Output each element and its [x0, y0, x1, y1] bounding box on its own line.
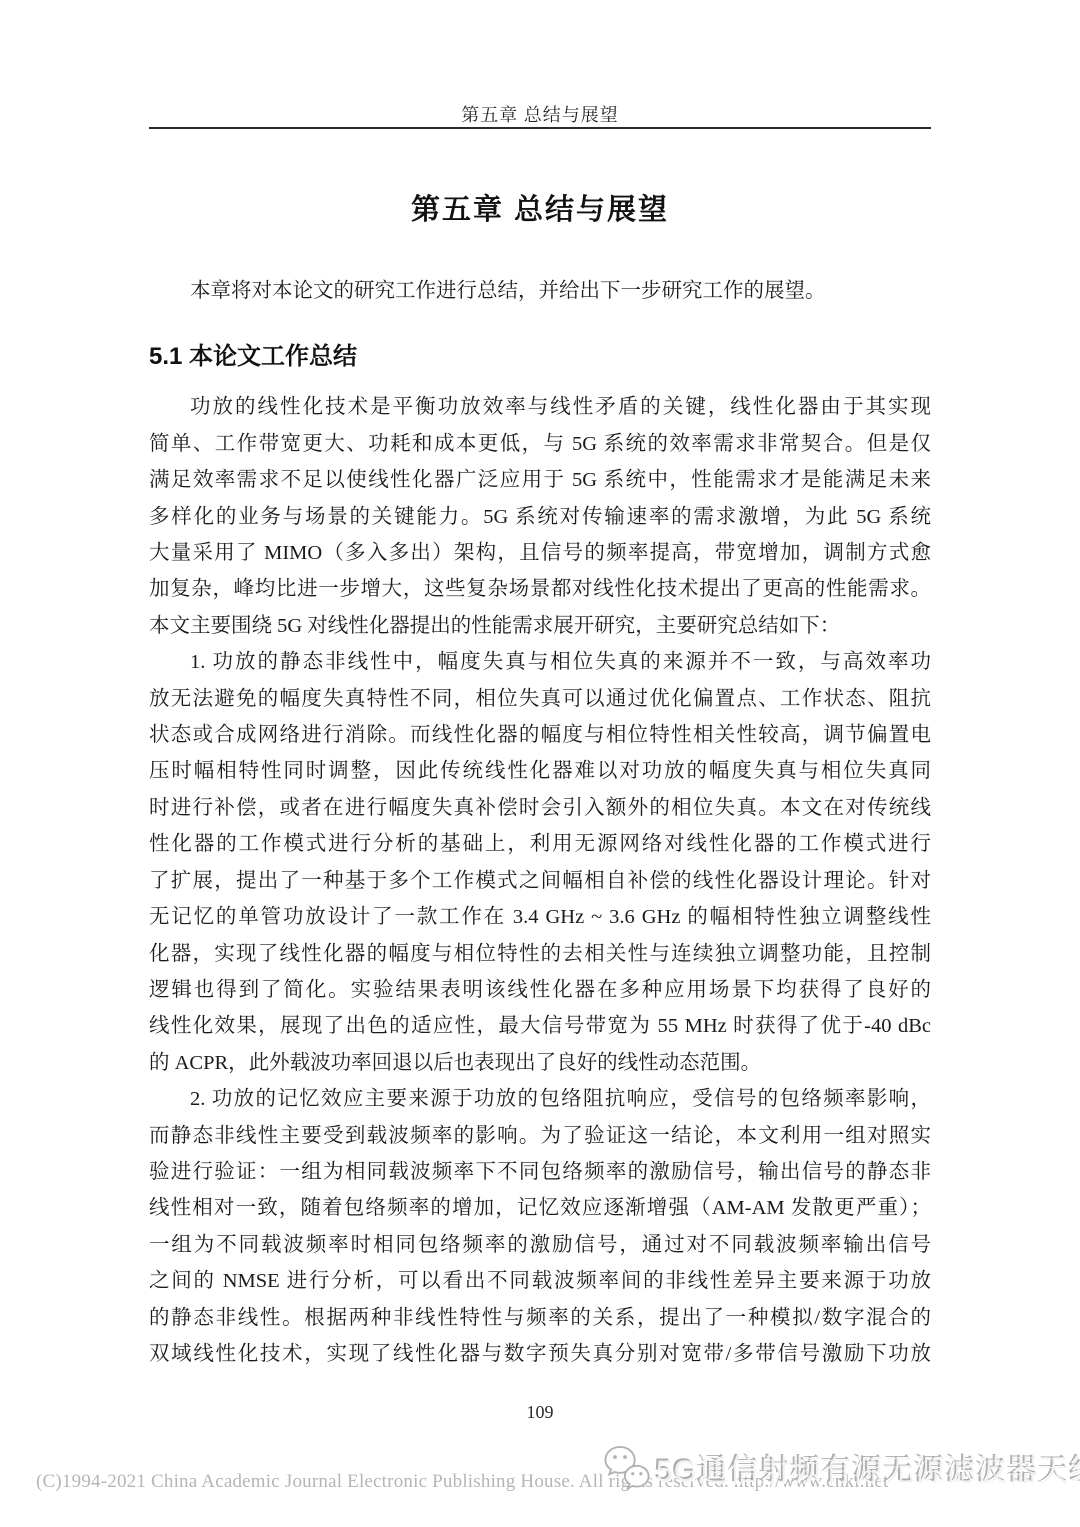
page-number: 109 — [0, 1402, 1080, 1423]
text-line: 线性相对一致，随着包络频率的增加，记忆效应逐渐增强（AM-AM 发散更严重）； — [149, 1190, 931, 1226]
chapter-title: 第五章 总结与展望 — [149, 190, 931, 230]
text-line: 状态或合成网络进行消除。而线性化器的幅度与相位特性相关性较高，调节偏置电 — [149, 717, 931, 753]
text-line: 大量采用了 MIMO（多入多出）架构，且信号的频率提高，带宽增加，调制方式愈 — [149, 535, 931, 571]
intro-paragraph: 本章将对本论文的研究工作进行总结，并给出下一步研究工作的展望。 — [149, 273, 931, 309]
text-line: 逻辑也得到了简化。实验结果表明该线性化器在多种应用场景下均获得了良好的 — [149, 972, 931, 1008]
text-line: 验进行验证：一组为相同载波频率下不同包络频率的激励信号，输出信号的静态非 — [149, 1154, 931, 1190]
body-flow: 本章将对本论文的研究工作进行总结，并给出下一步研究工作的展望。5.1 本论文工作… — [149, 273, 931, 1372]
text-line: 本文主要围绕 5G 对线性化器提出的性能需求展开研究，主要研究总结如下： — [149, 608, 931, 644]
conclusion-item-1-paragraph: 1. 功放的静态非线性中，幅度失真与相位失真的来源并不一致，与高效率功放无法避免… — [149, 644, 931, 1081]
wechat-icon — [603, 1443, 651, 1493]
text-line: 放无法避免的幅度失真特性不同，相位失真可以通过优化偏置点、工作状态、阻抗 — [149, 681, 931, 717]
text-line: 一组为不同载波频率时相同包络频率的激励信号，通过对不同载波频率输出信号 — [149, 1227, 931, 1263]
page-content: 第五章 总结与展望 本章将对本论文的研究工作进行总结，并给出下一步研究工作的展望… — [149, 129, 931, 1372]
text-line: 线性化效果，展现了出色的适应性，最大信号带宽为 55 MHz 时获得了优于-40… — [149, 1008, 931, 1044]
thesis-scan-page: 第五章 总结与展望 第五章 总结与展望 本章将对本论文的研究工作进行总结，并给出… — [0, 0, 1080, 1527]
text-line: 满足效率需求不足以使线性化器广泛应用于 5G 系统中，性能需求才是能满足未来 — [149, 462, 931, 498]
text-line: 化器，实现了线性化器的幅度与相位特性的去相关性与连续独立调整功能，且控制 — [149, 936, 931, 972]
text-line: 的 ACPR，此外载波功率回退以后也表现出了良好的线性动态范围。 — [149, 1045, 931, 1081]
running-header: 第五章 总结与展望 — [0, 101, 1080, 127]
text-line: 本章将对本论文的研究工作进行总结，并给出下一步研究工作的展望。 — [149, 273, 931, 309]
text-line: 加复杂，峰均比进一步增大，这些复杂场景都对线性化技术提出了更高的性能需求。 — [149, 571, 931, 607]
text-line: 简单、工作带宽更大、功耗和成本更低，与 5G 系统的效率需求非常契合。但是仅 — [149, 426, 931, 462]
text-line: 之间的 NMSE 进行分析，可以看出不同载波频率间的非线性差异主要来源于功放 — [149, 1263, 931, 1299]
text-line: 2. 功放的记忆效应主要来源于功放的包络阻抗响应，受信号的包络频率影响， — [149, 1081, 931, 1117]
text-line: 时进行补偿，或者在进行幅度失真补偿时会引入额外的相位失真。本文在对传统线 — [149, 790, 931, 826]
conclusion-item-2-paragraph: 2. 功放的记忆效应主要来源于功放的包络阻抗响应，受信号的包络频率影响，而静态非… — [149, 1081, 931, 1372]
watermark: 5G通信射频有源无源滤波器天线 — [603, 1443, 1080, 1493]
text-line: 而静态非线性主要受到载波频率的影响。为了验证这一结论，本文利用一组对照实 — [149, 1118, 931, 1154]
text-line: 1. 功放的静态非线性中，幅度失真与相位失真的来源并不一致，与高效率功 — [149, 644, 931, 680]
text-line: 压时幅相特性同时调整，因此传统线性化器难以对功放的幅度失真与相位失真同 — [149, 753, 931, 789]
summary-overview-paragraph: 功放的线性化技术是平衡功放效率与线性矛盾的关键，线性化器由于其实现简单、工作带宽… — [149, 389, 931, 644]
text-line: 双域线性化技术，实现了线性化器与数字预失真分别对宽带/多带信号激励下功放 — [149, 1336, 931, 1372]
text-line: 的静态非线性。根据两种非线性特性与频率的关系，提出了一种模拟/数字混合的 — [149, 1300, 931, 1336]
text-line: 功放的线性化技术是平衡功放效率与线性矛盾的关键，线性化器由于其实现 — [149, 389, 931, 425]
text-line: 多样化的业务与场景的关键能力。5G 系统对传输速率的需求激增，为此 5G 系统 — [149, 499, 931, 535]
watermark-text: 5G通信射频有源无源滤波器天线 — [656, 1446, 1080, 1490]
text-line: 无记忆的单管功放设计了一款工作在 3.4 GHz ~ 3.6 GHz 的幅相特性… — [149, 899, 931, 935]
text-line: 了扩展，提出了一种基于多个工作模式之间幅相自补偿的线性化器设计理论。针对 — [149, 863, 931, 899]
text-line: 性化器的工作模式进行分析的基础上，利用无源网络对线性化器的工作模式进行 — [149, 826, 931, 862]
section-heading-5-1: 5.1 本论文工作总结 — [149, 342, 931, 372]
